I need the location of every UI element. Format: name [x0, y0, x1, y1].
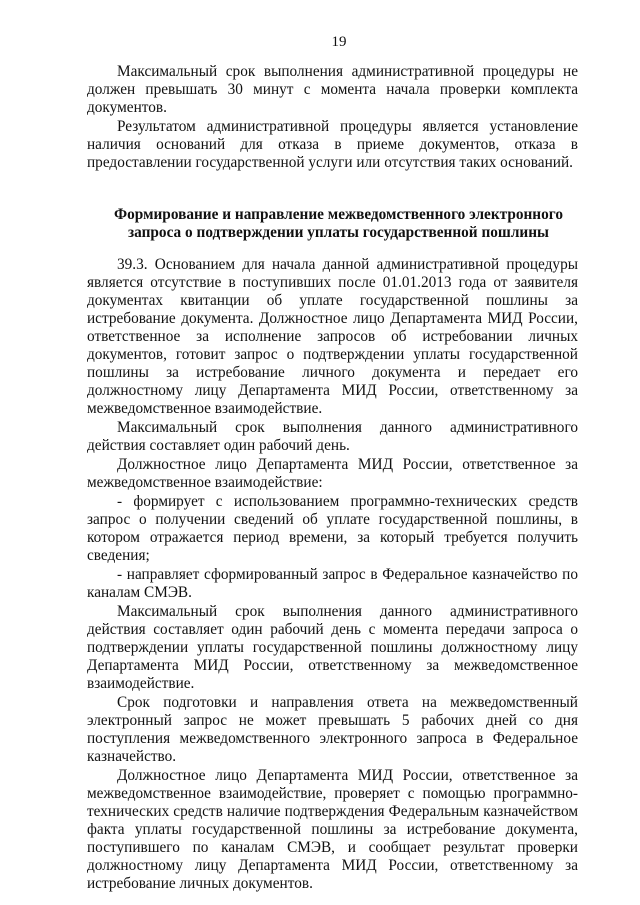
paragraph-procedure-result: Результатом административной процедуры я… — [87, 118, 578, 172]
intro-text-block: Максимальный срок выполнения администрат… — [87, 63, 578, 173]
paragraph-responsible-official: Должностное лицо Департамента МИД России… — [87, 456, 578, 492]
section-heading: Формирование и направление межведомствен… — [87, 206, 578, 242]
section-body: 39.3. Основанием для начала данной админ… — [87, 256, 578, 894]
section-heading-line-1: Формирование и направление межведомствен… — [99, 206, 578, 224]
list-item-sends-request: - направляет сформированный запрос в Фед… — [87, 566, 578, 602]
paragraph-verification: Должностное лицо Департамента МИД России… — [87, 767, 578, 893]
paragraph-max-duration: Максимальный срок выполнения администрат… — [87, 63, 578, 117]
section-heading-line-2: запроса о подтверждении уплаты государст… — [99, 224, 578, 242]
page-number: 19 — [0, 33, 640, 51]
paragraph-transfer-duration: Максимальный срок выполнения данного адм… — [87, 603, 578, 693]
paragraph-39-3: 39.3. Основанием для начала данной админ… — [87, 256, 578, 418]
list-item-forms-request: - формирует с использованием программно-… — [87, 493, 578, 565]
document-page: 19 Максимальный срок выполнения админист… — [0, 0, 640, 905]
paragraph-action-duration: Максимальный срок выполнения данного адм… — [87, 419, 578, 455]
paragraph-response-deadline: Срок подготовки и направления ответа на … — [87, 694, 578, 766]
